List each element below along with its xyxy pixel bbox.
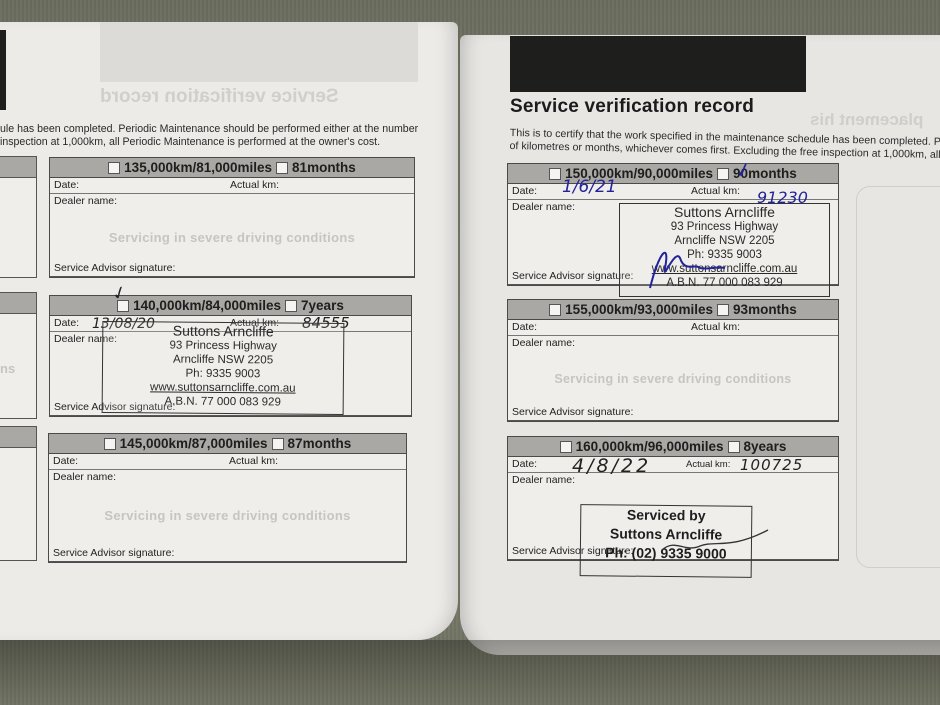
left-stub-card <box>0 426 37 561</box>
record-header: 150,000km/90,000miles 90months <box>508 164 838 184</box>
interval-time-label: 7years <box>301 298 344 313</box>
right-ghost-heading: placement his <box>810 110 923 130</box>
km-checkbox[interactable] <box>560 441 572 453</box>
advisor-signature-scribble <box>640 238 730 293</box>
date-label: Date: <box>512 458 537 470</box>
signature-line <box>50 415 411 416</box>
interval-km-label: 135,000km/81,000miles <box>124 160 272 175</box>
actual-km-label: Actual km: <box>230 178 279 193</box>
record-header: 160,000km/96,000miles 8years <box>508 437 838 457</box>
dealer-label: Dealer name: <box>512 201 575 213</box>
interval-time-label: 8years <box>744 439 787 454</box>
record-header: 145,000km/87,000miles 87months <box>49 434 406 454</box>
actual-km-label: Actual km: <box>691 320 740 335</box>
date-label: Date: <box>512 321 537 333</box>
advisor-signature-scribble <box>660 528 770 558</box>
service-record-155000: 155,000km/93,000miles 93months Date: Act… <box>507 299 839 422</box>
date-row: Date: Actual km: <box>50 178 414 194</box>
date-label: Date: <box>512 185 537 197</box>
intro-line: ule has been completed. Periodic Mainten… <box>0 123 418 136</box>
signature-line <box>508 420 838 421</box>
date-label: Date: <box>54 179 79 191</box>
stamp-dealer-name: Suttons Arncliffe <box>620 204 829 220</box>
interval-time-label: 81months <box>292 160 356 175</box>
signature-label: Service Advisor signature: <box>512 270 633 282</box>
severe-conditions-ghost-text: Servicing in severe driving conditions <box>50 230 414 245</box>
intro-line: inspection at 1,000km, all Periodic Main… <box>0 136 418 149</box>
dealer-stamp: Suttons Arncliffe 93 Princess Highway Ar… <box>102 321 345 415</box>
left-ghost-title: Service verification record <box>100 86 339 108</box>
left-stub-card <box>0 156 37 278</box>
dealer-row: Dealer name: <box>50 194 414 209</box>
stamp-line: Serviced by <box>581 505 751 526</box>
severe-conditions-ghost-text: Servicing in severe driving conditions <box>508 372 838 386</box>
time-checkbox[interactable] <box>276 162 288 174</box>
service-record-135000: 135,000km/81,000miles 81months Date: Act… <box>49 157 415 278</box>
signature-label: Service Advisor signature: <box>53 547 174 559</box>
stub-ghost-text: ns <box>0 361 15 376</box>
page-title: Service verification record <box>510 96 754 118</box>
record-header: 155,000km/93,000miles 93months <box>508 300 838 320</box>
date-label: Date: <box>54 317 79 329</box>
date-label: Date: <box>53 455 78 467</box>
dealer-row: Dealer name: <box>49 470 406 485</box>
faint-bleedthrough-form <box>856 186 940 568</box>
dealer-label: Dealer name: <box>54 195 117 207</box>
date-row: Date: Actual km: <box>508 320 838 336</box>
dealer-row: Dealer name: <box>508 336 838 351</box>
time-checkbox[interactable] <box>717 304 729 316</box>
left-page-tab-marker <box>0 30 6 110</box>
interval-time-label: 87months <box>288 436 352 451</box>
page-shadow <box>0 640 940 705</box>
dealer-row: Dealer name: <box>508 473 838 488</box>
time-checkbox[interactable] <box>717 168 729 180</box>
interval-km-label: 155,000km/93,000miles <box>565 302 713 317</box>
dealer-label: Dealer name: <box>512 337 575 349</box>
stamp-address-line: 93 Princess Highway <box>620 220 829 234</box>
time-checkbox[interactable] <box>728 441 740 453</box>
actual-km-label: Actual km: <box>691 184 740 199</box>
time-checkbox[interactable] <box>285 300 297 312</box>
left-ghost-header-block <box>100 22 418 82</box>
left-intro-text: ule has been completed. Periodic Mainten… <box>0 123 418 149</box>
actual-km-label: Actual km: <box>229 454 278 469</box>
km-checkbox[interactable] <box>549 304 561 316</box>
date-row: Date: Actual km: <box>49 454 406 470</box>
interval-km-label: 160,000km/96,000miles <box>576 439 724 454</box>
handwritten-date: 4/8/22 <box>572 455 651 477</box>
handwritten-actual-km: 100725 <box>740 456 803 474</box>
signature-line <box>49 561 406 562</box>
dealer-label: Dealer name: <box>512 474 575 486</box>
km-checkbox[interactable] <box>104 438 116 450</box>
handwritten-date: 1/6/21 <box>562 177 617 197</box>
time-checkbox[interactable] <box>272 438 284 450</box>
actual-km-label: Actual km: <box>686 457 730 472</box>
km-checkbox[interactable] <box>108 162 120 174</box>
signature-label: Service Advisor signature: <box>54 262 175 274</box>
signature-label: Service Advisor signature: <box>512 406 633 418</box>
interval-time-label: 93months <box>733 302 797 317</box>
interval-km-label: 145,000km/87,000miles <box>120 436 268 451</box>
severe-conditions-ghost-text: Servicing in severe driving conditions <box>49 508 406 523</box>
signature-line <box>50 276 414 277</box>
stamp-abn: A.B.N. 77 000 083 929 <box>103 394 343 410</box>
service-record-145000: 145,000km/87,000miles 87months Date: Act… <box>48 433 407 563</box>
left-stub-card: ns <box>0 292 37 419</box>
record-header: 135,000km/81,000miles 81months <box>50 158 414 178</box>
section-header-black-bar <box>510 36 806 92</box>
interval-km-label: 140,000km/84,000miles <box>133 298 281 313</box>
km-checkbox[interactable] <box>549 168 561 180</box>
dealer-label: Dealer name: <box>53 471 116 483</box>
record-header: 140,000km/84,000miles 7years <box>50 296 411 316</box>
